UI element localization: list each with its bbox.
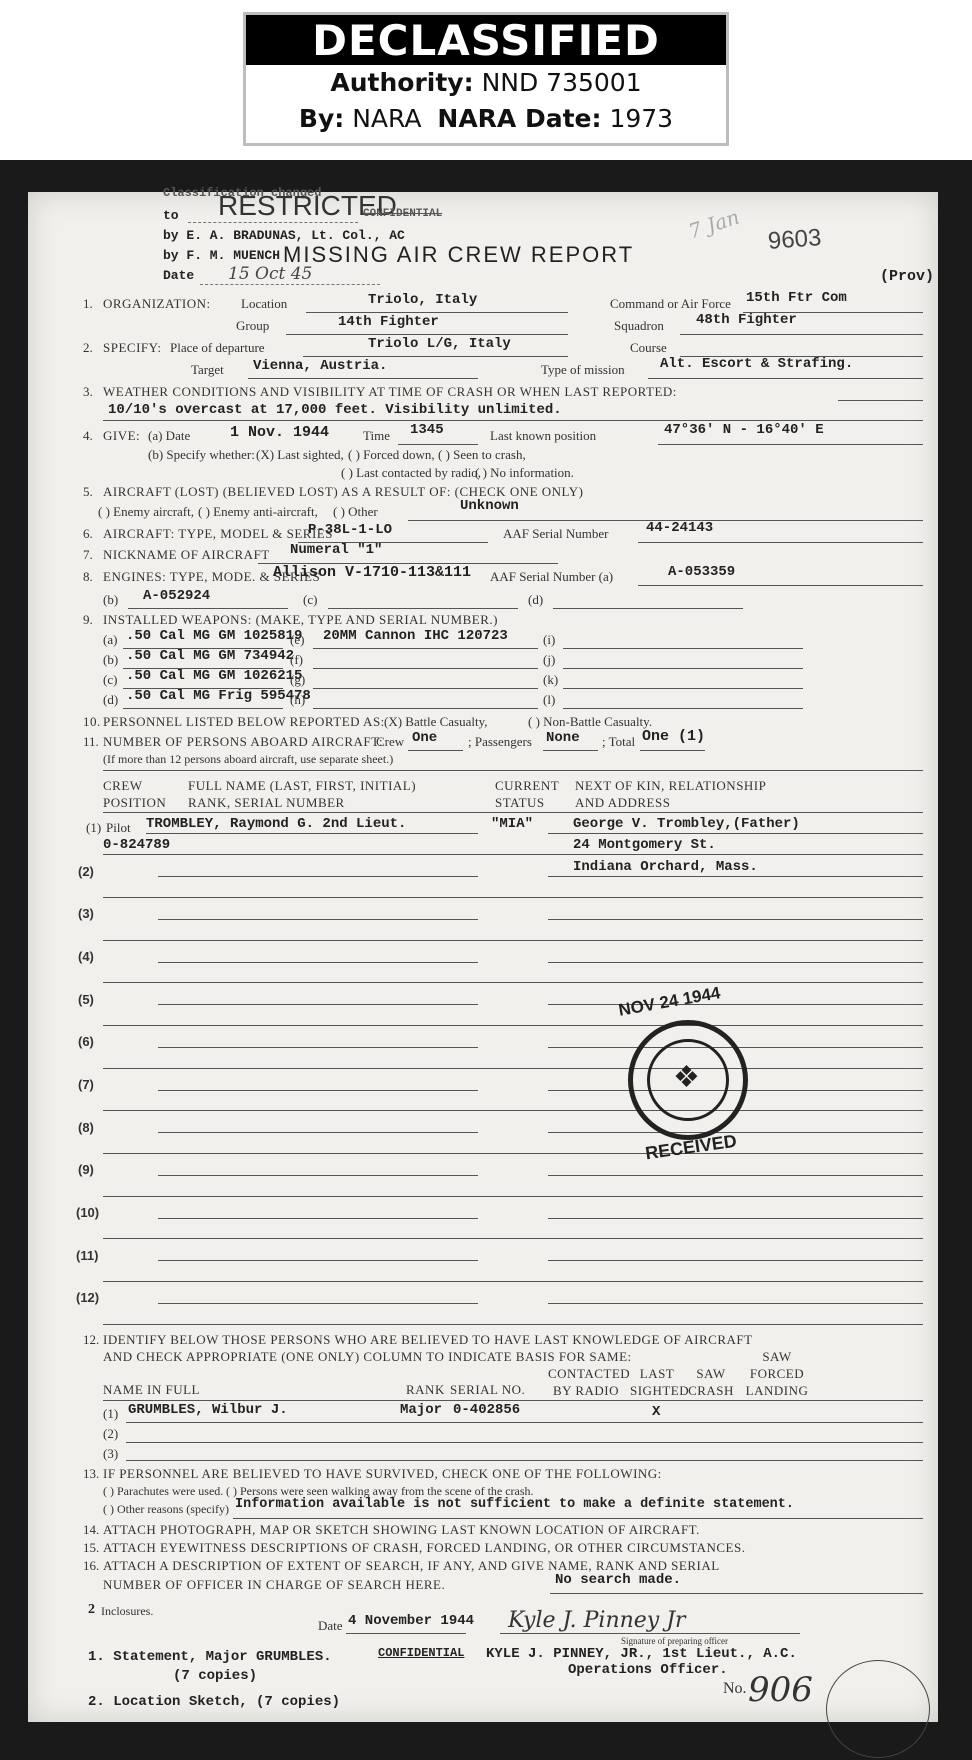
crew-row-1-number: (1) (86, 820, 101, 836)
weapon-i-label: (i) (543, 632, 555, 648)
document-number-circle (826, 1660, 930, 1758)
weapon-j-label: (j) (543, 652, 555, 668)
position-label: Last known position (490, 428, 596, 444)
total-value: One (1) (642, 728, 705, 745)
weapon-d-value: .50 Cal MG Frig 595478 (126, 688, 311, 704)
weapon-e-value: 20MM Cannon IHC 120723 (323, 628, 508, 644)
section15-label: ATTACH EYEWITNESS DESCRIPTIONS OF CRASH,… (103, 1540, 745, 1556)
handwritten-note: 7 Jan (686, 205, 743, 244)
section7-number: 7. (83, 547, 93, 563)
command-value: 15th Ftr Com (746, 290, 847, 306)
crew-row-1-status: "MIA" (491, 816, 533, 832)
engine-d-label: (d) (528, 592, 543, 608)
document-page: Classification changed to RESTRICTED CON… (28, 192, 938, 1722)
saw-crash-header: SAW CRASH (688, 1365, 734, 1399)
weather-value: 10/10's overcast at 17,000 feet. Visibil… (108, 402, 562, 418)
status-header-2: STATUS (495, 795, 545, 811)
declassified-stamp: DECLASSIFIED Authority: NND 735001 By: N… (243, 12, 729, 146)
officer-name: KYLE J. PINNEY, JR., 1st Lieut., A.C. (486, 1646, 797, 1662)
section7-label: NICKNAME OF AIRCRAFT (103, 547, 270, 563)
squadron-value: 48th Fighter (696, 312, 797, 328)
witness-row-1-serial: 0-402856 (453, 1402, 520, 1418)
crew-row-1-serial: 0-824789 (103, 837, 170, 853)
option-seen-crash: ( ) Seen to crash, (438, 447, 526, 463)
group-label: Group (236, 318, 269, 334)
crew-row-1-position: Pilot (106, 820, 131, 836)
section13-number: 13. (83, 1466, 99, 1482)
engine-serial-b-value: A-052924 (143, 588, 210, 604)
classification-by2: by F. M. MUENCH (163, 248, 280, 263)
next-of-kin-header-2: AND ADDRESS (575, 795, 670, 811)
date-label: (a) Date (148, 428, 190, 444)
non-battle-casualty-option: ( ) Non-Battle Casualty. (528, 714, 652, 730)
signature-caption: Signature of preparing officer (621, 1636, 728, 1646)
section9-label: INSTALLED WEAPONS: (Make, type and seria… (103, 612, 498, 628)
crew-row-6-number: (6) (78, 1034, 94, 1049)
contacted-by-radio-header: CONTACTED BY RADIO (548, 1365, 624, 1399)
witness-name-header: NAME IN FULL (103, 1382, 200, 1398)
option-enemy-aircraft: ( ) Enemy aircraft, (98, 504, 194, 520)
received-date-stamp: NOV 24 1944 (617, 983, 722, 1021)
departure-label: Place of departure (170, 340, 265, 356)
weapon-g-label: (g) (290, 672, 305, 688)
crew-row-1-kin-city: Indiana Orchard, Mass. (573, 859, 758, 875)
option-no-info: ( ) No information. (475, 465, 574, 481)
specify-label: (b) Specify whether: (148, 447, 255, 463)
mission-label: Type of mission (541, 362, 625, 378)
loss-date-value: 1 Nov. 1944 (230, 424, 329, 441)
location-label: Location (241, 296, 287, 312)
crew-row-7-number: (7) (78, 1077, 94, 1092)
engine-serial-a-value: A-053359 (668, 564, 735, 580)
witness-rank-header: RANK (406, 1382, 445, 1398)
engine-type-value: Allison V-1710-113&111 (273, 564, 471, 581)
section15-number: 15. (83, 1540, 99, 1556)
option-enemy-anti-aircraft: ( ) Enemy anti-aircraft, (198, 504, 318, 520)
confidential-mark: CONFIDENTIAL (378, 1646, 464, 1660)
witness-serial-header: SERIAL No. (450, 1382, 525, 1398)
weapon-l-label: (l) (543, 692, 555, 708)
engine-c-label: (c) (303, 592, 317, 608)
section12-number: 12. (83, 1332, 99, 1348)
section11-label: NUMBER OF PERSONS ABOARD AIRCRAFT: (103, 734, 383, 750)
report-title: MISSING AIR CREW REPORT (283, 242, 634, 268)
weapon-c-label: (c) (103, 672, 117, 688)
section10-number: 10. (83, 714, 101, 730)
section8-number: 8. (83, 569, 93, 585)
next-of-kin-header: NEXT OF KIN, RELATIONSHIP (575, 778, 766, 794)
other-reasons-value: Information available is not sufficient … (235, 1497, 794, 1512)
section12-label: IDENTIFY BELOW THOSE PERSONS WHO ARE BEL… (103, 1332, 753, 1348)
report-date-value: 4 November 1944 (348, 1613, 474, 1629)
by-label: By: (299, 104, 344, 133)
squadron-label: Squadron (614, 318, 664, 334)
weapon-b-value: .50 Cal MG GM 734942 (126, 648, 294, 664)
nara-line: By: NARA NARA Date: 1973 (246, 101, 726, 137)
option-radio: ( ) Last contacted by radio, (341, 465, 481, 481)
section4-number: 4. (83, 428, 93, 444)
section6-number: 6. (83, 526, 93, 542)
report-number: 9603 (767, 224, 822, 256)
course-label: Course (630, 340, 667, 356)
crew-label: Crew (376, 734, 404, 750)
authority-label: Authority: (330, 68, 473, 97)
aircraft-type-value: P-38L-1-LO (308, 522, 392, 538)
location-value: Triolo, Italy (368, 292, 477, 308)
document-number-value: 906 (748, 1670, 813, 1710)
crew-position-header-2: POSITION (103, 795, 166, 811)
crew-row-9-number: (9) (78, 1162, 94, 1177)
option-other: ( ) Other (333, 504, 378, 520)
passengers-value: None (546, 730, 580, 746)
weapon-e-label: (e) (290, 632, 304, 648)
weapon-a-label: (a) (103, 632, 117, 648)
section3-label: WEATHER CONDITIONS AND VISIBILITY AT TIM… (103, 384, 677, 400)
target-label: Target (191, 362, 224, 378)
aircraft-serial-label: AAF Serial Number (503, 526, 608, 542)
witness-row-3-number: (3) (103, 1446, 118, 1462)
section6-label: AIRCRAFT: Type, model & series (103, 526, 333, 542)
crew-row-1-kin-name: George V. Trombley,(Father) (573, 816, 800, 832)
weapon-f-label: (f) (290, 652, 303, 668)
inclosure-2: 2. Location Sketch, (7 copies) (88, 1694, 340, 1710)
inclosures-label: Inclosures. (101, 1604, 153, 1619)
by-value: NARA (352, 104, 421, 133)
section3-number: 3. (83, 384, 93, 400)
status-header: CURRENT (495, 778, 559, 794)
command-label: Command or Air Force (610, 296, 731, 312)
option-other-reasons: ( ) Other reasons (specify) (103, 1502, 229, 1517)
section2-number: 2. (83, 340, 93, 356)
section14-number: 14. (83, 1522, 99, 1538)
weapon-h-label: (h) (290, 692, 305, 708)
loss-cause-value: Unknown (460, 498, 519, 514)
crew-row-2-number: (2) (78, 864, 94, 879)
section2-label: SPECIFY: (103, 340, 161, 356)
section1-number: 1. (83, 296, 93, 312)
section5-number: 5. (83, 484, 93, 500)
option-last-sighted: (X) Last sighted, (256, 447, 344, 463)
total-label: ; Total (602, 734, 635, 750)
group-value: 14th Fighter (338, 314, 439, 330)
weapon-b-label: (b) (103, 652, 118, 668)
classification-to-label: to (163, 208, 179, 223)
crew-row-10-number: (10) (76, 1205, 99, 1220)
crew-row-8-number: (8) (78, 1120, 94, 1135)
received-clock-stamp-icon: ❖ (628, 1020, 748, 1140)
passengers-label: ; Passengers (468, 734, 532, 750)
declassified-title: DECLASSIFIED (246, 15, 726, 65)
classification-date-label: Date (163, 268, 194, 283)
nara-date-value: 1973 (609, 104, 673, 133)
witness-row-2-number: (2) (103, 1426, 118, 1442)
crew-row-5-number: (5) (78, 992, 94, 1007)
last-sighted-header: LAST SIGHTED (630, 1365, 684, 1399)
departure-value: Triolo L/G, Italy (368, 336, 511, 352)
authority-line: Authority: NND 735001 (246, 65, 726, 101)
officer-signature: Kyle J. Pinney Jr (508, 1608, 686, 1633)
crew-row-12-number: (12) (76, 1290, 99, 1305)
section16-number: 16. (83, 1558, 99, 1574)
document-number-label: No. (723, 1680, 747, 1698)
weapon-k-label: (k) (543, 672, 558, 688)
crew-row-1-kin-street: 24 Montgomery St. (573, 837, 716, 853)
witness-row-1-name: GRUMBLES, Wilbur J. (128, 1402, 288, 1418)
witness-row-1-rank: Major (400, 1402, 442, 1418)
classification-original: CONFIDENTIAL (363, 208, 442, 220)
time-label: Time (363, 428, 390, 444)
crew-row-4-number: (4) (78, 949, 94, 964)
crew-row-11-number: (11) (76, 1248, 98, 1263)
inclosures-count: 2 (88, 1602, 95, 1618)
section13-label: IF PERSONNEL ARE BELIEVED TO HAVE SURVIV… (103, 1466, 662, 1482)
crew-count-value: One (412, 730, 437, 746)
crew-row-3-number: (3) (78, 906, 94, 921)
witness-row-1-last-sighted-mark: X (652, 1404, 660, 1420)
section12-label-2: AND CHECK APPROPRIATE (one only) COLUMN … (103, 1349, 632, 1365)
nara-date-label: NARA Date: (437, 104, 601, 133)
full-name-header: FULL NAME (Last, first, initial) (188, 778, 416, 794)
report-date-label: Date (318, 1618, 343, 1634)
inclosure-1-copies: (7 copies) (173, 1668, 257, 1684)
aircraft-serial-value: 44-24143 (646, 520, 713, 536)
prov-label: (Prov) (880, 268, 934, 285)
search-value: No search made. (555, 1572, 681, 1588)
engine-b-label: (b) (103, 592, 118, 608)
crew-position-header: CREW (103, 778, 143, 794)
target-value: Vienna, Austria. (253, 358, 387, 374)
classification-by1: by E. A. BRADUNAS, Lt. Col., AC (163, 228, 405, 243)
crew-row-1-name: TROMBLEY, Raymond G. 2nd Lieut. (146, 816, 406, 832)
position-value: 47°36' N - 16°40' E (664, 422, 824, 438)
mission-value: Alt. Escort & Strafing. (660, 356, 853, 372)
weapon-d-label: (d) (103, 692, 118, 708)
section9-number: 9. (83, 612, 93, 628)
battle-casualty-option: (X) Battle Casualty, (384, 714, 488, 730)
option-parachutes: ( ) Parachutes were used. (103, 1484, 223, 1499)
section16-label-2: NUMBER OF OFFICER IN CHARGE OF SEARCH HE… (103, 1577, 445, 1593)
weapon-c-value: .50 Cal MG GM 1026215 (126, 668, 302, 684)
time-value: 1345 (410, 422, 444, 438)
section1-label: ORGANIZATION: (103, 296, 211, 312)
clock-hand-icon: ❖ (673, 1060, 700, 1095)
witness-row-1-number: (1) (103, 1406, 118, 1422)
separate-sheet-note: (If more than 12 persons aboard aircraft… (103, 752, 393, 767)
section14-label: ATTACH PHOTOGRAPH, MAP OR SKETCH SHOWING… (103, 1522, 700, 1538)
section4-label: GIVE: (103, 428, 140, 444)
option-forced-down: ( ) Forced down, (348, 447, 435, 463)
section10-label: PERSONNEL LISTED BELOW REPORTED AS: (103, 714, 385, 730)
officer-title: Operations Officer. (568, 1662, 728, 1678)
rank-serial-header: RANK, SERIAL NUMBER (188, 795, 345, 811)
nickname-value: Numeral "1" (290, 542, 382, 558)
authority-value: NND 735001 (482, 68, 642, 97)
saw-forced-landing-header: SAW FORCED LANDING (740, 1348, 814, 1399)
inclosure-1: 1. Statement, Major GRUMBLES. (88, 1649, 332, 1665)
weapon-a-value: .50 Cal MG GM 1025819 (126, 628, 302, 644)
engine-serial-label: AAF Serial Number (a) (490, 569, 613, 585)
section11-number: 11. (83, 734, 99, 750)
